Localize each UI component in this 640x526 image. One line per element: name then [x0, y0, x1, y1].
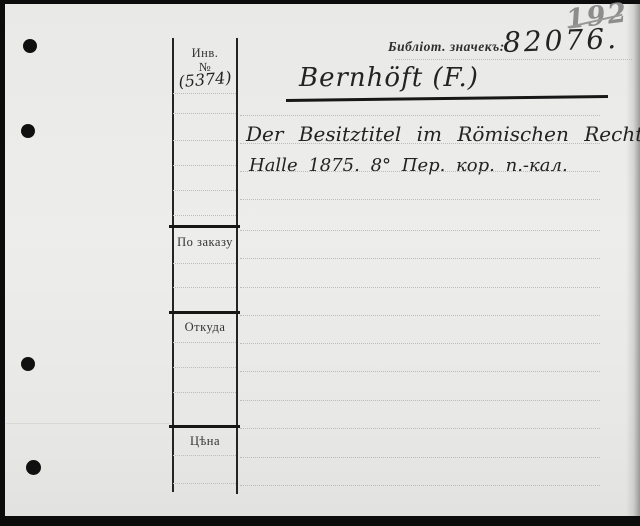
ruled-line — [240, 485, 600, 486]
library-stamp-number: 82076. — [502, 22, 619, 59]
punch-hole-dot — [21, 124, 35, 138]
punch-hole-dot — [26, 460, 41, 475]
column-divider — [169, 225, 240, 228]
inventory-label-line1: Инв. — [172, 46, 238, 61]
ruled-line — [173, 287, 236, 288]
ruled-line — [240, 171, 600, 172]
ruled-line — [173, 113, 236, 114]
scan-edge-bottom — [0, 516, 640, 526]
ruled-line — [173, 165, 236, 166]
ruled-line — [240, 143, 600, 144]
ruled-line — [173, 455, 236, 456]
ruled-line — [173, 392, 236, 393]
library-stamp-label: Библіот. значекъ: — [388, 39, 505, 55]
scan-crease — [6, 423, 170, 424]
ruled-line — [240, 428, 600, 429]
ruled-line — [173, 483, 236, 484]
ruled-line — [240, 457, 600, 458]
ruled-line — [240, 287, 600, 288]
punch-hole-dot — [23, 39, 37, 53]
ruled-line — [173, 215, 236, 216]
column-divider — [169, 425, 240, 428]
origin-field-label: Откуда — [172, 320, 238, 335]
ruled-line — [240, 371, 600, 372]
scan-edge-left — [0, 0, 5, 526]
ruled-line — [173, 93, 236, 94]
ruled-line — [240, 315, 600, 316]
ruled-line — [173, 342, 236, 343]
ruled-line — [173, 140, 236, 141]
ruled-line — [395, 59, 632, 60]
ruled-line — [240, 199, 600, 200]
scan-right-shadow — [626, 4, 640, 516]
ruled-line — [173, 367, 236, 368]
ruled-line — [240, 115, 600, 116]
ruled-line — [173, 263, 236, 264]
scan-edge-top — [0, 0, 640, 4]
column-left-border — [172, 38, 174, 492]
ruled-line — [240, 400, 600, 401]
ruled-line — [240, 258, 600, 259]
author-heading: Bernhöft (F.) — [299, 63, 479, 93]
punch-hole-dot — [21, 357, 35, 371]
ruled-line — [240, 230, 600, 231]
column-divider — [169, 311, 240, 314]
ruled-line — [240, 343, 600, 344]
scanned-catalog-card-page: Инв. № (5374) По заказу Откуда Цѣна 192 … — [0, 0, 640, 526]
price-field-label: Цѣна — [172, 434, 238, 449]
order-field-label: По заказу — [172, 235, 238, 250]
ruled-line — [173, 190, 236, 191]
imprint-line: Halle 1875. 8° Пер. кор. п.-кал. — [249, 155, 568, 176]
